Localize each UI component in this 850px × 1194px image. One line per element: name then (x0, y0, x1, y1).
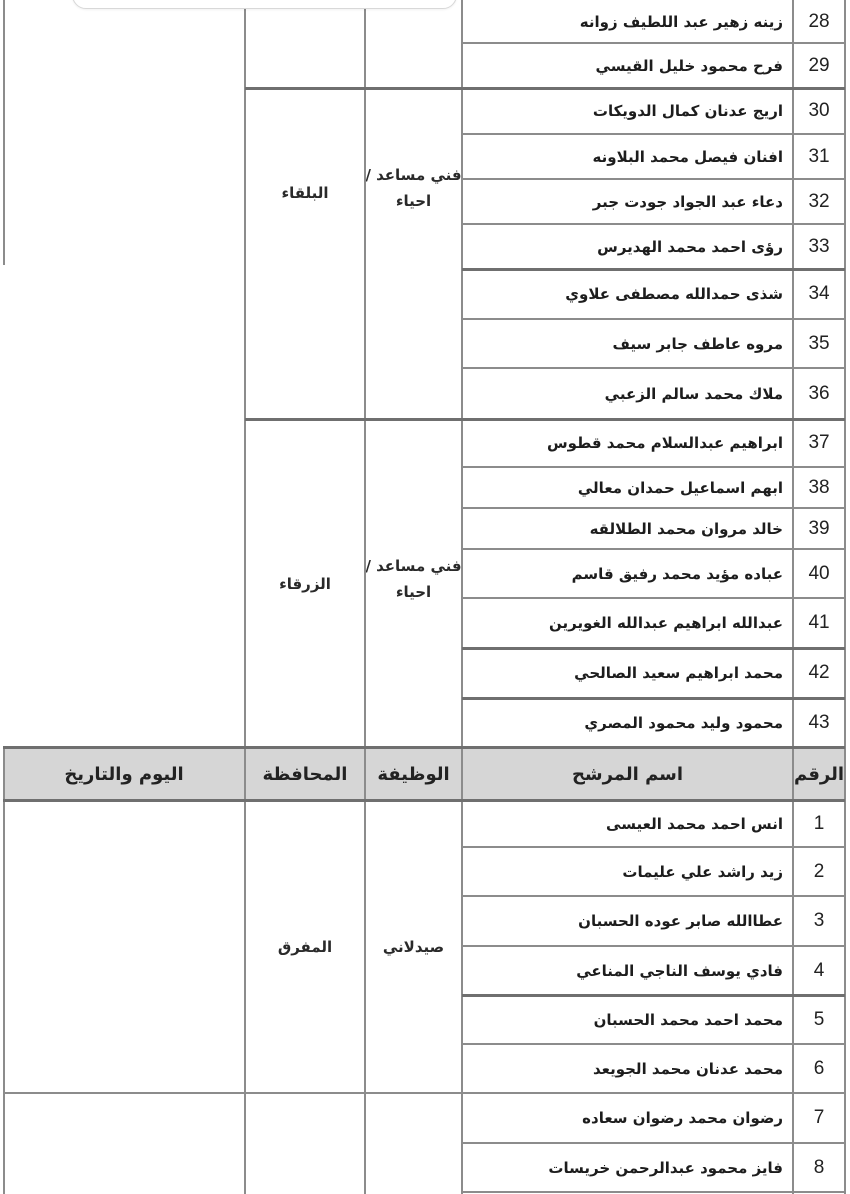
row-number: 38 (793, 467, 845, 508)
governorate-cell: الزرقاء (245, 419, 365, 748)
row-number: 32 (793, 179, 845, 224)
row-divider (462, 1191, 845, 1193)
governorate-cell: المفرق (245, 800, 365, 1093)
row-number: 41 (793, 598, 845, 648)
candidate-name: عباده مؤيد محمد رفيق قاسم (462, 549, 793, 598)
candidate-name: انس احمد محمد العيسى (462, 800, 793, 847)
group-divider (245, 418, 845, 421)
table-border (3, 0, 5, 265)
row-number: 36 (793, 368, 845, 419)
candidate-name: محمد ابراهيم سعيد الصالحي (462, 648, 793, 698)
row-number: 4 (793, 946, 845, 995)
candidate-name: زينه زهير عبد اللطيف زوانه (462, 0, 793, 43)
candidate-name: زيد راشد علي عليمات (462, 847, 793, 896)
candidate-name: خالد مروان محمد الطلالقه (462, 508, 793, 549)
search-bar-edge[interactable] (72, 0, 457, 9)
row-divider (462, 178, 845, 180)
candidate-name: رضوان محمد رضوان سعاده (462, 1093, 793, 1143)
candidate-name: رؤى احمد محمد الهديرس (462, 224, 793, 269)
row-number: 40 (793, 549, 845, 598)
row-divider (462, 697, 845, 700)
header-candidate-name: اسم المرشح (462, 748, 793, 800)
candidate-name: فادي يوسف الناجي المناعي (462, 946, 793, 995)
row-number: 3 (793, 896, 845, 946)
job-cell: فني مساعد / احياء (365, 419, 462, 739)
row-divider (462, 466, 845, 468)
candidate-name: ابراهيم عبدالسلام محمد قطوس (462, 419, 793, 467)
row-number: 42 (793, 648, 845, 698)
candidate-name: فرح محمود خليل القيسي (462, 43, 793, 88)
row-divider (462, 507, 845, 509)
governorate-cell: البلقاء (245, 88, 365, 298)
row-number: 31 (793, 134, 845, 179)
header-governorate: المحافظة (245, 748, 365, 800)
job-cell: فني مساعد / احياء (365, 88, 462, 288)
row-number: 34 (793, 269, 845, 319)
row-divider (462, 1043, 845, 1045)
candidate-name: شذى حمدالله مصطفى علاوي (462, 269, 793, 319)
candidate-name: دعاء عبد الجواد جودت جبر (462, 179, 793, 224)
column-divider (364, 0, 366, 1194)
row-divider (462, 994, 845, 997)
header-number: الرقم (793, 748, 845, 800)
row-divider (462, 42, 845, 44)
job-cell: صيدلاني (365, 800, 462, 1093)
row-number: 35 (793, 319, 845, 368)
row-number: 37 (793, 419, 845, 467)
row-divider (462, 133, 845, 135)
candidate-name: فايز محمود عبدالرحمن خريسات (462, 1143, 793, 1192)
row-number: 1 (793, 800, 845, 847)
row-number: 7 (793, 1093, 845, 1143)
candidate-name: افنان فيصل محمد البلاونه (462, 134, 793, 179)
row-divider (462, 945, 845, 947)
row-number: 5 (793, 995, 845, 1044)
group-divider (245, 87, 845, 90)
candidate-name: ابهم اسماعيل حمدان معالي (462, 467, 793, 508)
row-divider (462, 1142, 845, 1144)
row-divider (462, 223, 845, 225)
row-number: 29 (793, 43, 845, 88)
table-border (3, 748, 5, 1194)
candidate-name: محمد عدنان محمد الجويعد (462, 1044, 793, 1093)
header-top-border (3, 746, 845, 749)
candidate-name: عبدالله ابراهيم عبدالله الغويرين (462, 598, 793, 648)
candidate-name: اريج عدنان كمال الدويكات (462, 88, 793, 134)
row-divider (462, 895, 845, 897)
header-day-date: اليوم والتاريخ (3, 748, 245, 800)
candidate-name: عطاالله صابر عوده الحسبان (462, 896, 793, 946)
candidate-name: محمد احمد محمد الحسبان (462, 995, 793, 1044)
row-number: 33 (793, 224, 845, 269)
row-divider (462, 647, 845, 650)
candidate-name: محمود وليد محمود المصري (462, 698, 793, 748)
candidate-name: ملاك محمد سالم الزعبي (462, 368, 793, 419)
column-divider (244, 0, 246, 1194)
row-number: 39 (793, 508, 845, 549)
row-divider (462, 318, 845, 320)
candidate-name: مروه عاطف جابر سيف (462, 319, 793, 368)
row-number: 43 (793, 698, 845, 748)
row-divider (462, 597, 845, 599)
candidates-table: 28 زينه زهير عبد اللطيف زوانه 29 فرح محم… (0, 0, 850, 1194)
row-number: 28 (793, 0, 845, 43)
header-bottom-border (3, 799, 845, 802)
row-divider (462, 846, 845, 848)
row-divider (462, 367, 845, 369)
group-divider (3, 1092, 845, 1094)
header-job: الوظيفة (365, 748, 462, 800)
row-divider (462, 268, 845, 271)
row-divider (462, 548, 845, 550)
row-number: 6 (793, 1044, 845, 1093)
row-number: 30 (793, 88, 845, 134)
row-number: 2 (793, 847, 845, 896)
row-number: 8 (793, 1143, 845, 1192)
